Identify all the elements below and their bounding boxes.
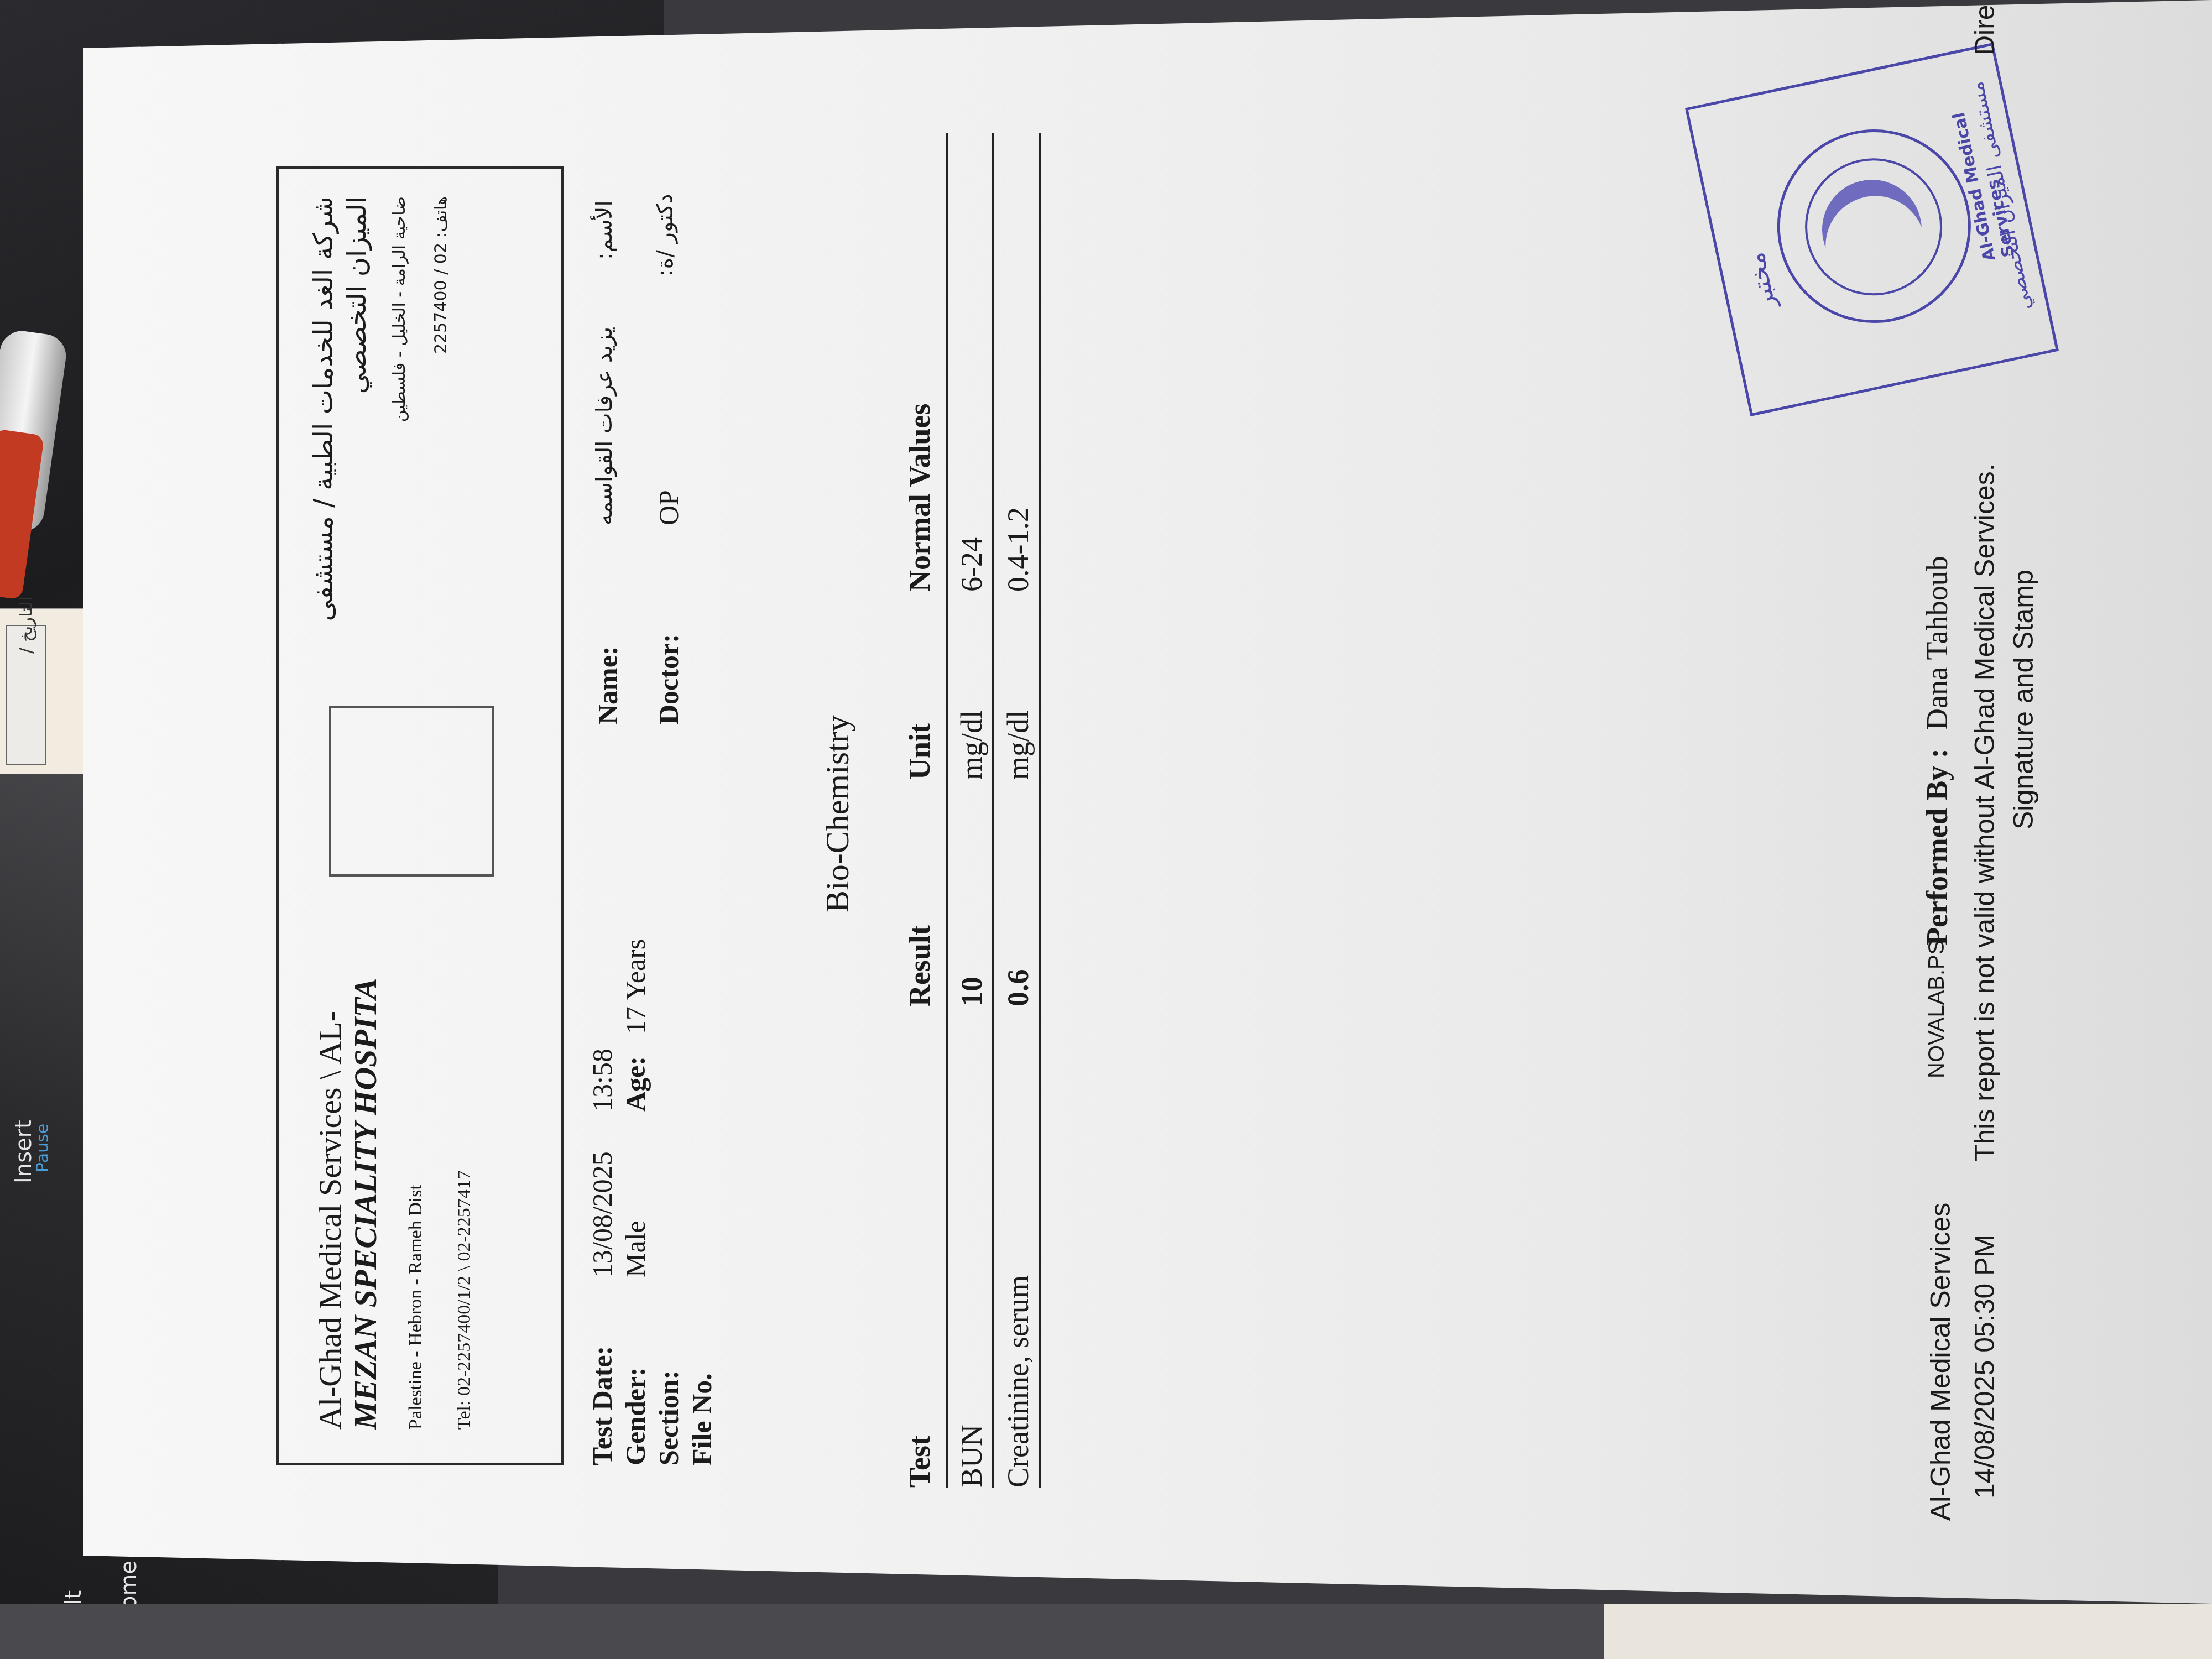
header-unit: Unit [902, 723, 937, 780]
test-normal-range: 6-24 [954, 537, 989, 592]
section-value: OP [653, 490, 685, 525]
gender: Male [619, 1220, 651, 1277]
tel-ar: هاتف: 02 / 2257400 [431, 196, 451, 694]
address-en: Palestine - Hebron - Rameh Dist [405, 821, 426, 1430]
test-unit: mg/dl [954, 710, 989, 780]
header-normal-values: Normal Values [902, 403, 937, 592]
section-label: Section: [653, 1370, 685, 1465]
lab-report-paper: Al-Ghad Medical Services \ AL- MEZAN SPE… [83, 0, 2212, 1604]
test-name: Creatinine, serum [1001, 1275, 1035, 1488]
footer-system: NOVALAB.PS [1924, 940, 1949, 1078]
doctor-label: Doctor: [653, 634, 685, 724]
printed-at: 14/08/2025 05:30 PM [1969, 1234, 2001, 1499]
validity-note: This report is not valid without Al-Ghad… [1969, 463, 2001, 1161]
test-unit: mg/dl [1001, 710, 1035, 780]
report-header: Al-Ghad Medical Services \ AL- MEZAN SPE… [276, 166, 564, 1465]
lab-report: Al-Ghad Medical Services \ AL- MEZAN SPE… [221, 83, 2157, 1521]
test-result: 10 [954, 977, 989, 1006]
doctor-label-ar: دكتور /ة: [653, 194, 678, 276]
director-label: Director of Laboratory [1969, 0, 2001, 55]
footer-org: Al-Ghad Medical Services [1924, 1203, 1957, 1521]
hospital-name-ar: الميزان التخصصي [340, 196, 373, 694]
test-name: BUN [954, 1425, 989, 1488]
section-title: Bio-Chemistry [818, 715, 857, 912]
test-normal-range: 0.4-1.2 [1001, 507, 1035, 592]
hospital-name-en: MEZAN SPECIALITY HOSPITA [348, 821, 383, 1430]
patient-info: Test Date: 13/08/2025 13:58 Gender: Male… [586, 166, 752, 1465]
logo-placeholder [329, 706, 494, 877]
paper-under [1604, 1604, 2212, 1659]
results-table: Test Result Unit Normal Values BUN 10 mg… [896, 133, 1041, 1488]
note-date-label: / التاريخ [6, 625, 46, 765]
header-arabic: شركة الغد للخدمات الطبية / مستشفى الميزا… [307, 196, 451, 694]
lab-stamp: مختبر Al-Ghad Medical Services مستشفى ال… [1685, 43, 2059, 416]
org-name-ar: شركة الغد للخدمات الطبية / مستشفى [307, 196, 340, 694]
performed-by-label: Performed By : [1920, 748, 1954, 946]
header-result: Result [902, 925, 937, 1006]
test-time: 13:58 [586, 1048, 618, 1112]
key-pause: Pause [33, 1124, 53, 1172]
tel-en: Tel: 02-2257400/1/2 \ 02-2257417 [454, 821, 475, 1430]
age-label: Age: [619, 1056, 651, 1112]
age: 17 Years [619, 939, 651, 1034]
header-test: Test [902, 1436, 937, 1488]
name-label-ar: الأسم: [592, 200, 617, 260]
header-english: Al-Ghad Medical Services \ AL- MEZAN SPE… [312, 821, 475, 1430]
performed-by: Dana Tahboub [1920, 556, 1954, 730]
test-date-label: Test Date: [586, 1346, 618, 1465]
table-row: BUN 10 mg/dl 6-24 [948, 133, 994, 1488]
gender-label: Gender: [619, 1367, 651, 1465]
table-header: Test Result Unit Normal Values [896, 133, 948, 1488]
name-label: Name: [592, 646, 624, 724]
patient-name-ar: يزيد عرفات القواسمه [592, 327, 617, 525]
validity-note-2: Signature and Stamp [2007, 570, 2039, 830]
file-no-label: File No. [686, 1373, 718, 1465]
test-result: 0.6 [1001, 969, 1035, 1007]
note-label-text: / التاريخ [15, 596, 36, 654]
stamp-title: مختبر [1742, 250, 1781, 311]
address-ar: ضاحية الرامة - الخليل - فلسطين [390, 196, 409, 694]
test-date: 13/08/2025 [586, 1151, 618, 1277]
org-name-en: Al-Ghad Medical Services \ AL- [312, 821, 348, 1430]
table-row: Creatinine, serum 0.6 mg/dl 0.4-1.2 [994, 133, 1041, 1488]
